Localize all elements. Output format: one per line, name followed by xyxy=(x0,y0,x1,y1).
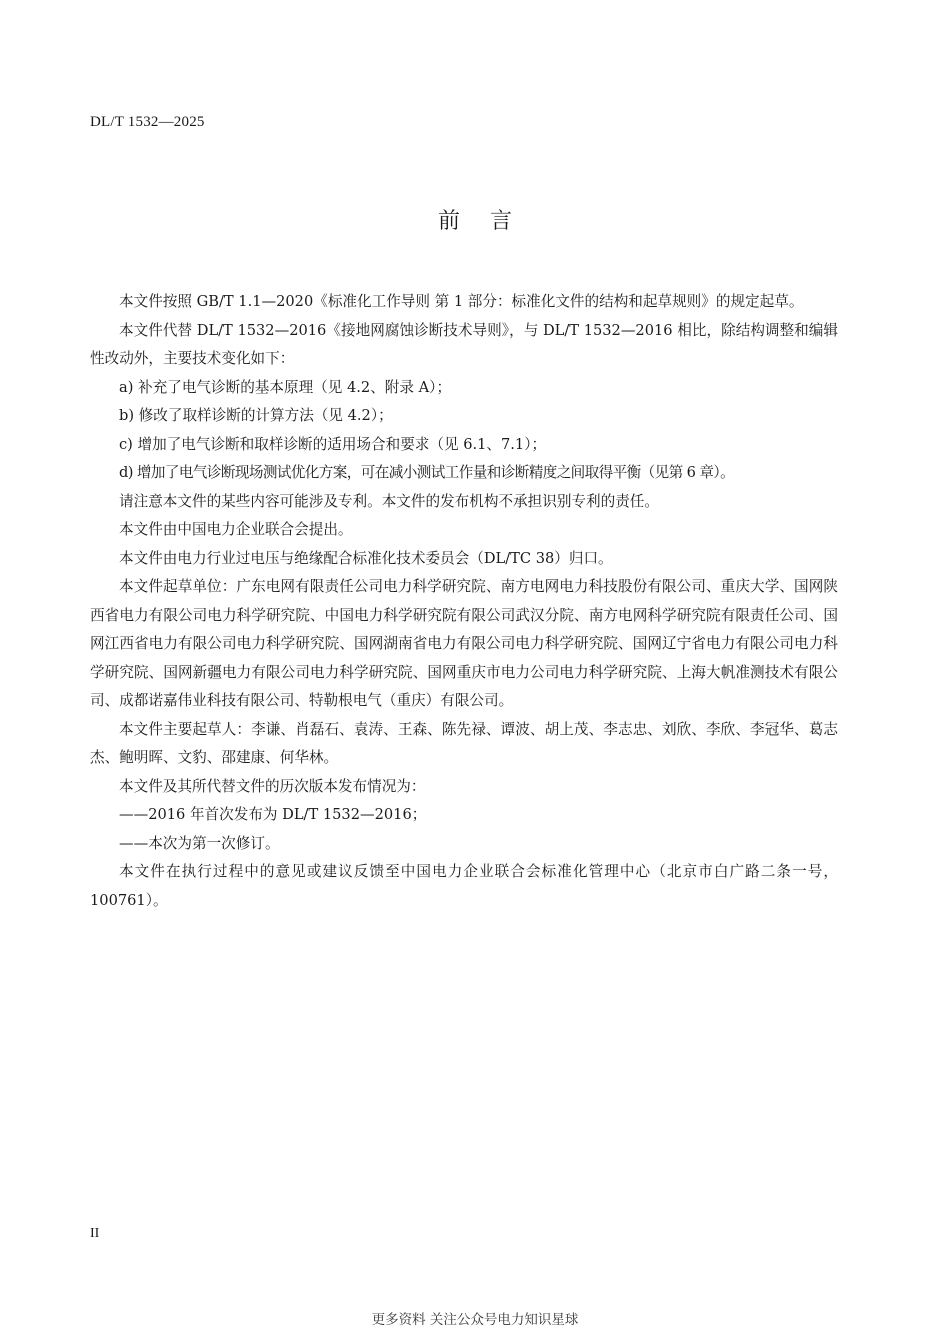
paragraph-replacement: 本文件代替 DL/T 1532—2016《接地网腐蚀诊断技术导则》，与 DL/T… xyxy=(90,317,838,374)
change-item-a: a) 补充了电气诊断的基本原理（见 4.2、附录 A）； xyxy=(90,374,838,403)
paragraph-proposer: 本文件由中国电力企业联合会提出。 xyxy=(90,516,838,545)
title-part-1: 前 xyxy=(438,209,460,234)
title-part-2: 言 xyxy=(490,209,512,234)
change-item-c: c) 增加了电气诊断和取样诊断的适用场合和要求（见 6.1、7.1）； xyxy=(90,431,838,460)
paragraph-history-intro: 本文件及其所代替文件的历次版本发布情况为： xyxy=(90,773,838,802)
history-item-1: ——2016 年首次发布为 DL/T 1532—2016； xyxy=(90,801,838,830)
footer-note: 更多资料 关注公众号电力知识星球 xyxy=(0,1308,950,1328)
document-code: DL/T 1532—2025 xyxy=(90,114,205,131)
paragraph-committee: 本文件由电力行业过电压与绝缘配合标准化技术委员会（DL/TC 38）归口。 xyxy=(90,545,838,574)
paragraph-drafting-units: 本文件起草单位：广东电网有限责任公司电力科学研究院、南方电网电力科技股份有限公司… xyxy=(90,573,838,716)
change-item-d: d) 增加了电气诊断现场测试优化方案，可在减小测试工作量和诊断精度之间取得平衡（… xyxy=(90,459,838,488)
paragraph-patent-notice: 请注意本文件的某些内容可能涉及专利。本文件的发布机构不承担识别专利的责任。 xyxy=(90,488,838,517)
history-item-2: ——本次为第一次修订。 xyxy=(90,830,838,859)
foreword-body: 本文件按照 GB/T 1.1—2020《标准化工作导则 第 1 部分：标准化文件… xyxy=(90,288,838,915)
paragraph-feedback: 本文件在执行过程中的意见或建议反馈至中国电力企业联合会标准化管理中心（北京市白广… xyxy=(90,858,838,915)
page-number: II xyxy=(90,1226,99,1242)
change-item-b: b) 修改了取样诊断的计算方法（见 4.2）； xyxy=(90,402,838,431)
paragraph-drafting-rules: 本文件按照 GB/T 1.1—2020《标准化工作导则 第 1 部分：标准化文件… xyxy=(90,288,838,317)
paragraph-drafters: 本文件主要起草人：李谦、肖磊石、袁涛、王森、陈先禄、谭波、胡上茂、李志忠、刘欣、… xyxy=(90,716,838,773)
page-title: 前言 xyxy=(0,204,950,235)
